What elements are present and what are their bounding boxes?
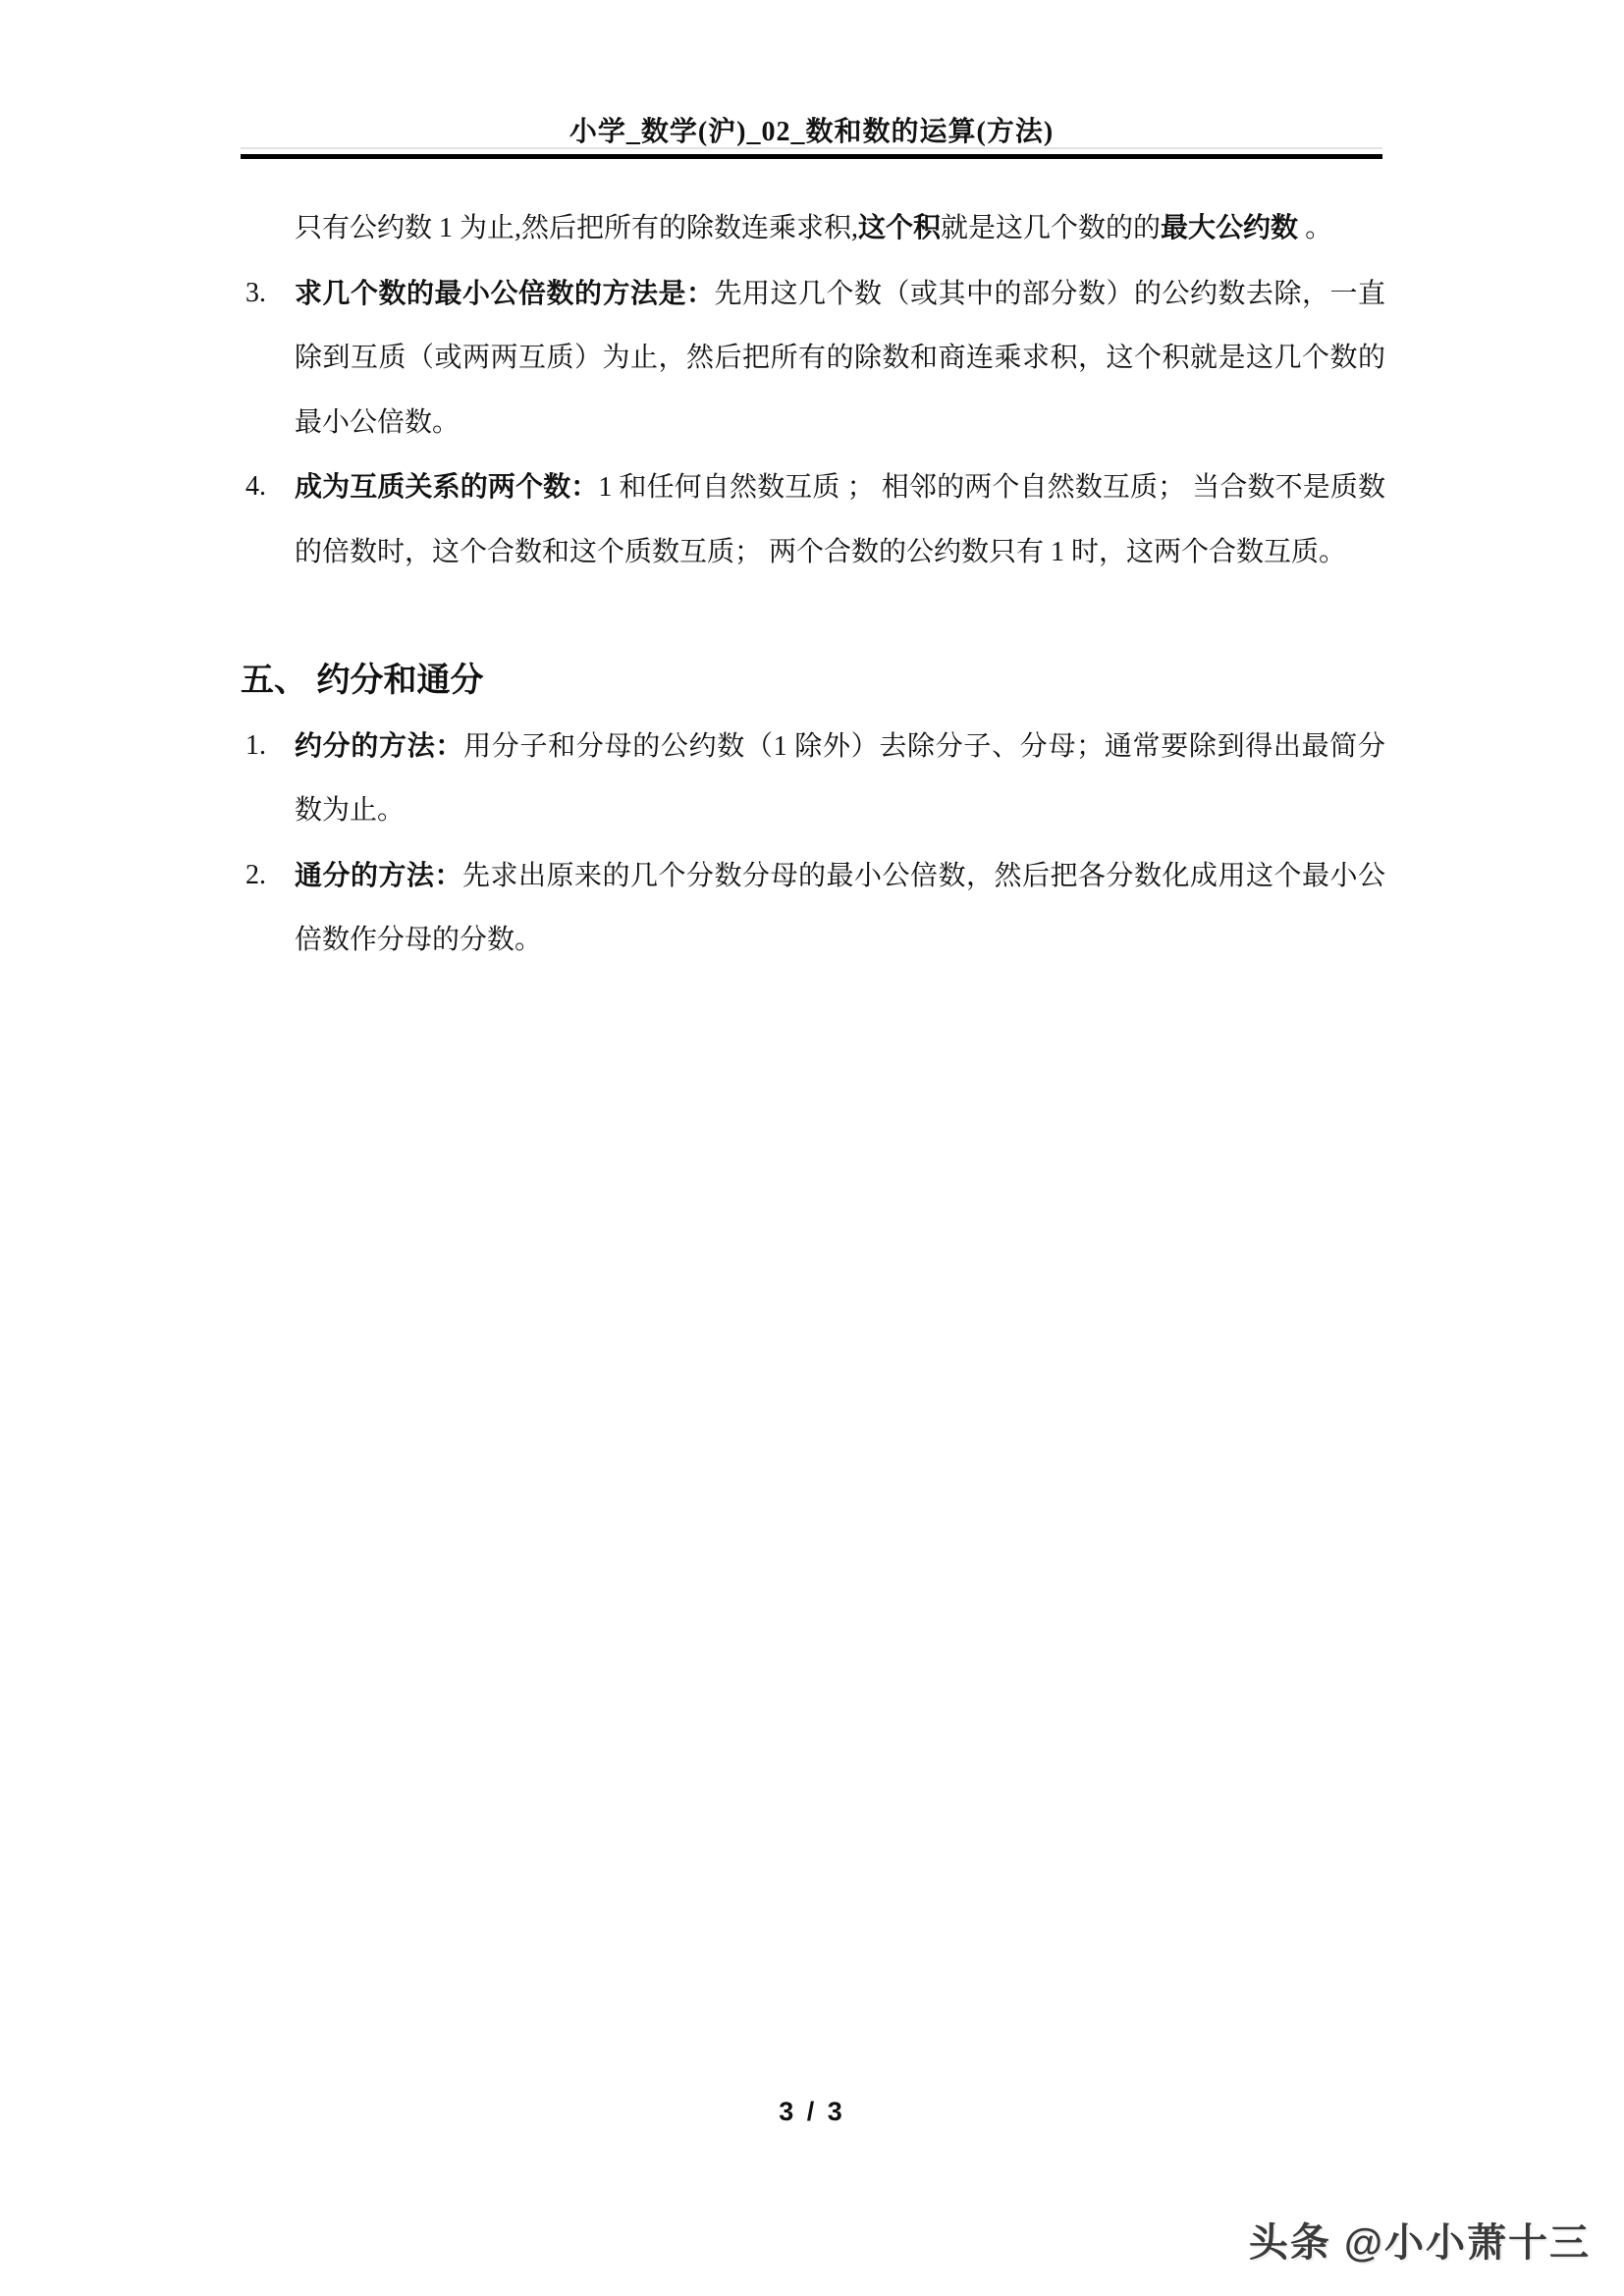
- paragraph-bold-text: 最大公约数: [1161, 212, 1298, 242]
- document-body: 只有公约数 1 为止,然后把所有的除数连乘求积,这个积就是这几个数的的最大公约数…: [241, 195, 1385, 973]
- paragraph-text: 只有公约数 1 为止,然后把所有的除数连乘求积,: [295, 213, 858, 243]
- paragraph-text: 就是这几个数的的: [941, 213, 1161, 243]
- list-item: 2.通分的方法：先求出原来的几个分数分母的最小公倍数，然后把各分数化成用这个最小…: [241, 843, 1385, 973]
- watermark: 头条 @小小萧十三: [1249, 2212, 1591, 2268]
- continued-paragraph: 只有公约数 1 为止,然后把所有的除数连乘求积,这个积就是这几个数的的最大公约数…: [241, 195, 1385, 261]
- list-item-number: 3.: [245, 261, 266, 326]
- document-page: 小学_数学(沪)_02_数和数的运算(方法) 只有公约数 1 为止,然后把所有的…: [0, 0, 1624, 2296]
- page-header-title: 小学_数学(沪)_02_数和数的运算(方法): [241, 116, 1382, 149]
- list-item-lead: 约分的方法：: [295, 730, 463, 761]
- paragraph-bold-text: 这个积: [858, 212, 941, 242]
- list-item-number: 4.: [245, 454, 266, 519]
- list-item-lead: 求几个数的最小公倍数的方法是：: [295, 278, 715, 308]
- header-rule-thin: [241, 147, 1382, 149]
- list-item-lead: 成为互质关系的两个数：: [295, 471, 598, 502]
- header-rule-thick: [241, 154, 1382, 159]
- list-item-lead: 通分的方法：: [295, 860, 462, 890]
- page-number: 3 / 3: [0, 2097, 1624, 2127]
- list-item: 1.约分的方法：用分子和分母的公约数（1 除外）去除分子、分母；通常要除到得出最…: [241, 714, 1385, 843]
- paragraph-text: 。: [1298, 213, 1332, 243]
- list-item-number: 1.: [245, 714, 266, 778]
- list-item: 4.成为互质关系的两个数：1 和任何自然数互质 ； 相邻的两个自然数互质； 当合…: [241, 454, 1385, 584]
- section-heading: 五、 约分和通分: [241, 649, 1385, 714]
- list-item-number: 2.: [245, 843, 266, 908]
- list-item: 3.求几个数的最小公倍数的方法是：先用这几个数（或其中的部分数）的公约数去除，一…: [241, 261, 1385, 455]
